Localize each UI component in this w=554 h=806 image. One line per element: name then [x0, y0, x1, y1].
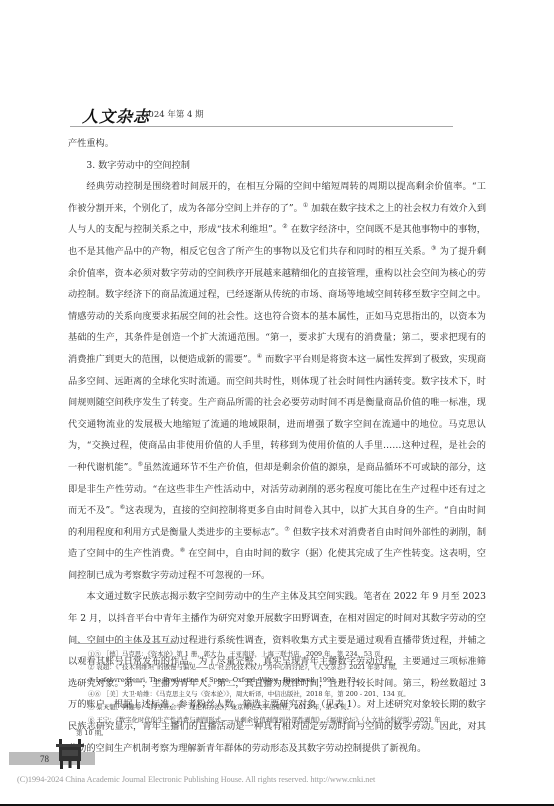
footnote-item: ⑦ 景天魁、何健等：《时空社会学：理论和方法》，北京师范大学出版社，2012 年…	[76, 701, 476, 714]
header-divider	[70, 126, 453, 127]
footnote-item: ③ Lefebvre Henri, The Production of Spac…	[76, 674, 476, 687]
opening-fragment: 产性重构。	[68, 133, 486, 155]
journal-logo: 人文杂志	[82, 104, 150, 127]
footnote-item: ④⑥ ［美］大卫·哈维：《马克思主义与〈资本论〉》，周大昕译，中信出版社，201…	[76, 688, 476, 701]
copyright-notice: (C)1994-2024 China Academic Journal Elec…	[17, 775, 537, 784]
footnote-item: ①⑤ ［德］马克思：《资本论》第 1 册，郭大力、王亚南译，上海三联书店，200…	[76, 648, 476, 661]
footnote-item: ⑧ 王宁：《数字化时代的生产性消费与剥削形式——从剩余价值剥削到外部性剥削》，《…	[76, 714, 476, 727]
text-run: 而数字平台则是将资本这一属性发挥到了极致，实现商品多空间、远距离的全球化实时流通…	[68, 354, 486, 473]
footnotes: ①⑤ ［德］马克思：《资本论》第 1 册，郭大力、王亚南译，上海三联书店，200…	[76, 648, 476, 740]
footnote-item: ② 袁超：《“技术利维坦”的傲慢与偏见——以“社会化技术权力”为中心的讨论》，《…	[76, 661, 476, 674]
text-run: 为了提升剩余价值率，资本必须对数字劳动的空间秩序开展越来越精细化的直接管理，重构…	[68, 246, 486, 365]
paragraph-1: 经典劳动控制是围绕着时间展开的，在相互分隔的空间中缩短周转的周期以提高剩余价值率…	[68, 176, 486, 586]
issue-label: 2024 年第 4 期	[143, 108, 204, 120]
running-header: 人文杂志 2024 年第 4 期	[70, 101, 453, 125]
page-number: 78	[40, 754, 49, 764]
section-heading: 3. 数字劳动中的空间控制	[68, 155, 486, 177]
bronze-ding-icon	[55, 737, 85, 769]
footnote-item-continued: 第 10 期。	[76, 727, 476, 740]
footnote-divider	[74, 643, 176, 644]
